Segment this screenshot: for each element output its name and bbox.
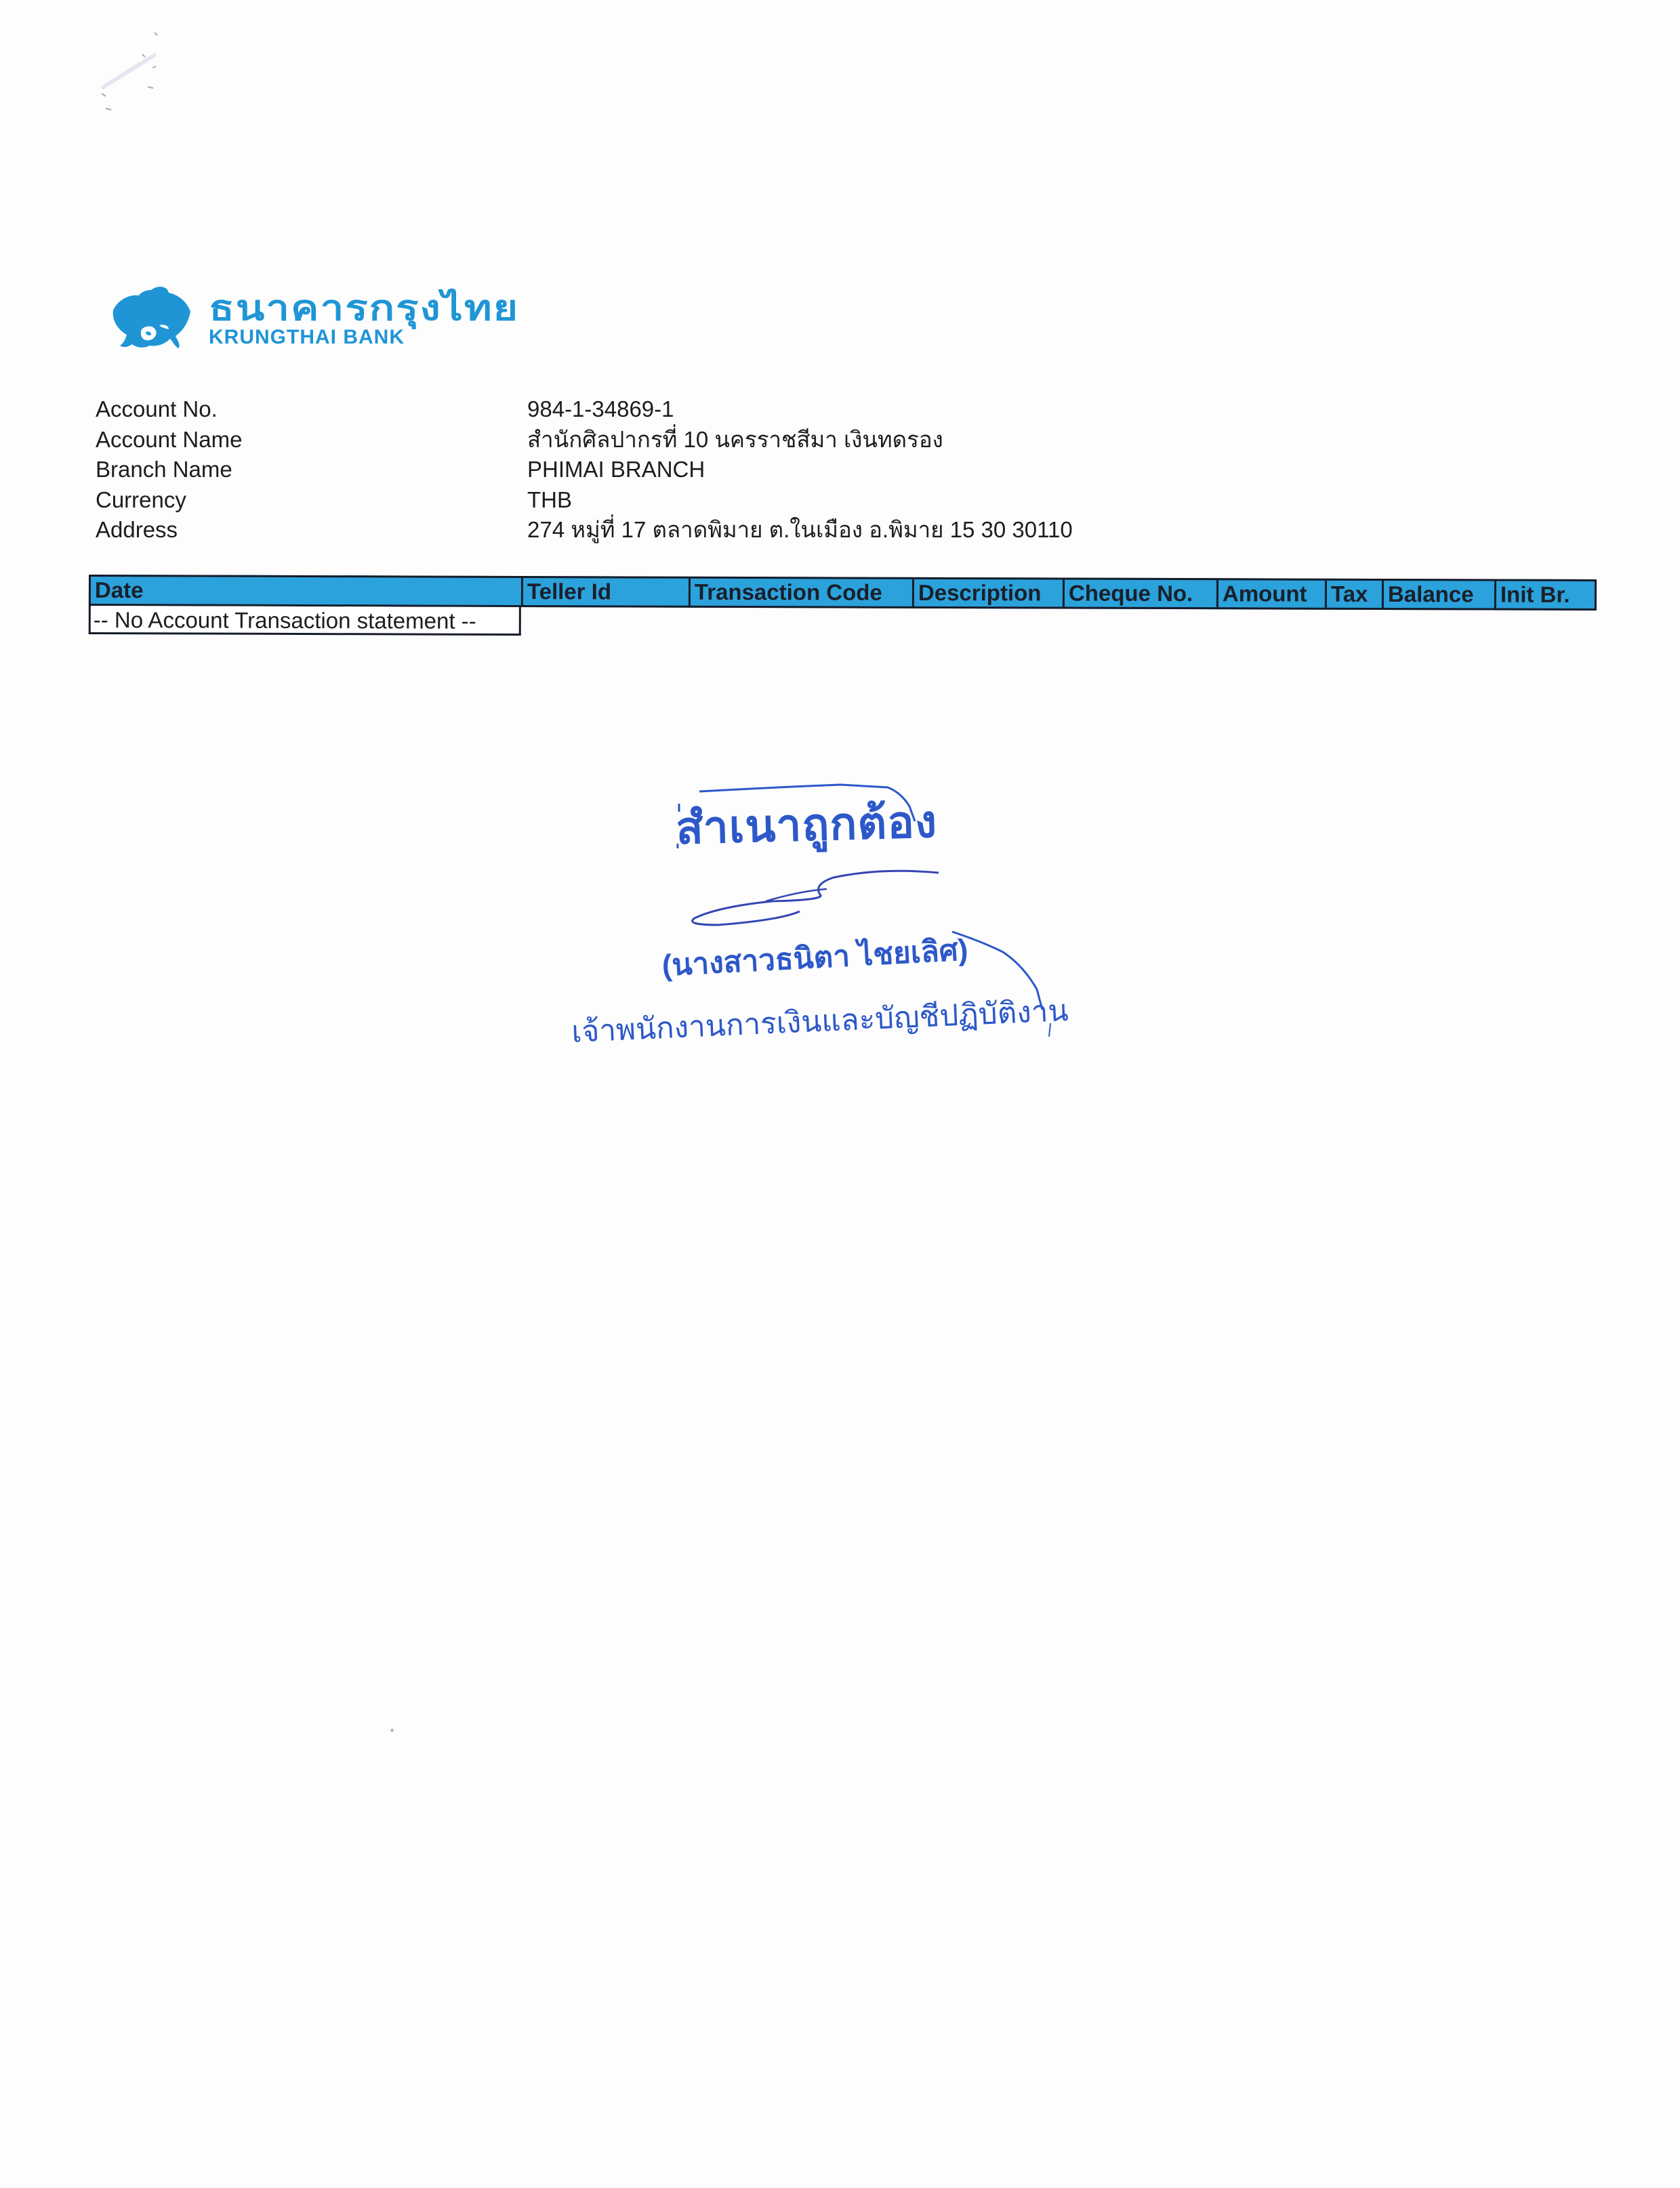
- account-name-value: สำนักศิลปากรที่ 10 นครราชสีมา เงินทดรอง: [527, 425, 943, 455]
- column-header-cheque-no: Cheque No.: [1063, 580, 1216, 608]
- bank-name-english: KRUNGTHAI BANK: [209, 327, 519, 348]
- branch-name-value: PHIMAI BRANCH: [527, 455, 705, 484]
- scan-speck: [390, 1729, 394, 1732]
- bank-name-thai: ธนาคารกรุงไทย: [209, 291, 519, 326]
- empty-statement-message: -- No Account Transaction statement --: [89, 606, 521, 636]
- address-label: Address: [96, 515, 178, 545]
- account-number-label: Account No.: [96, 394, 218, 424]
- branch-name-label: Branch Name: [96, 455, 232, 484]
- column-header-init-br: Init Br.: [1494, 581, 1595, 608]
- column-header-date: Date: [91, 577, 521, 605]
- transaction-table: Date Teller Id Transaction Code Descript…: [89, 575, 1597, 639]
- garuda-bird-logo-icon: [110, 285, 192, 350]
- column-header-teller-id: Teller Id: [521, 578, 689, 606]
- account-name-label: Account Name: [96, 425, 242, 455]
- column-header-description: Description: [912, 579, 1063, 607]
- stamp-certified-copy: สำเนาถูกต้อง: [675, 786, 938, 864]
- stamp-signer-name: (นางสาวธนิตา ไชยเลิศ): [661, 926, 969, 989]
- account-number-value: 984-1-34869-1: [527, 394, 674, 424]
- currency-value: THB: [527, 485, 572, 515]
- signature: [678, 854, 962, 935]
- address-value: 274 หมู่ที่ 17 ตลาดพิมาย ต.ในเมือง อ.พิม…: [527, 515, 1073, 545]
- stamp-border-mark: [949, 928, 1057, 1044]
- currency-label: Currency: [96, 485, 186, 515]
- column-header-tax: Tax: [1325, 581, 1382, 608]
- column-header-transaction-code: Transaction Code: [689, 579, 912, 606]
- column-header-balance: Balance: [1382, 581, 1494, 608]
- column-header-amount: Amount: [1216, 580, 1325, 608]
- table-header: Date Teller Id Transaction Code Descript…: [89, 575, 1597, 611]
- scan-smudge: [75, 14, 183, 122]
- bank-logo: ธนาคารกรุงไทย KRUNGTHAI BANK: [110, 283, 519, 351]
